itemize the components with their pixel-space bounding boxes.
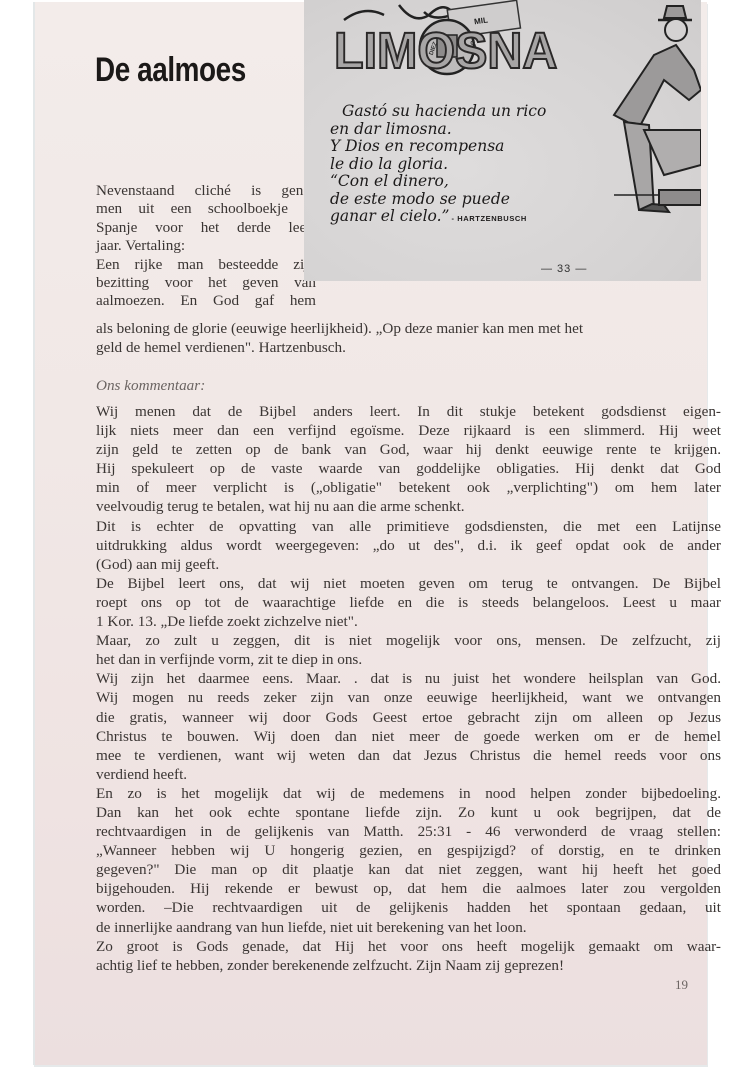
intro-line: aalmoezen. En God gaf hem [96,292,316,310]
body-line: (God) aan mij geeft. [96,555,721,574]
body-line: lijk niets meer dan een verfijnd egoïsme… [96,421,721,440]
intro-text: Nevenstaand cliché is geno- men uit een … [96,182,316,311]
intro-line: Een rijke man besteedde zijn [96,256,316,274]
intro-line: geld de hemel verdienen". Hartzenbusch. [96,339,716,358]
body-line: die gratis, wanneer wij door Gods Geest … [96,708,721,727]
body-line: Maar, zo zult u zeggen, dit is niet moge… [96,631,721,650]
verse-line: ganar el cielo.”- HARTZENBUSCH [330,208,546,228]
body-line: het dan in verfijnde vorm, zit te diep i… [96,650,721,669]
body-line: worden. –Die rechtvaardigen uit de gelij… [96,898,721,917]
page-number: 19 [675,977,688,993]
intro-line: Nevenstaand cliché is geno- [96,182,316,200]
body-line: Dit is echter de opvatting van alle prim… [96,517,721,536]
verse-line: “Con el dinero, [330,173,546,191]
intro-continuation: als beloning de glorie (eeuwige heerlijk… [96,320,716,357]
spanish-verse: Gastó su hacienda un rico en dar limosna… [330,103,546,228]
body-line: Wij zijn het daarmee eens. Maar. . dat i… [96,669,721,688]
comment-body: Wij menen dat de Bijbel anders leert. In… [96,402,721,975]
body-line: rechtvaardigen in de gelijkenis van Matt… [96,822,721,841]
intro-line: Spanje voor het derde leer- [96,219,316,237]
verse-line: Y Dios en recompensa [330,138,546,156]
verse-line: en dar limosna. [330,121,546,139]
body-line: Wij menen dat de Bijbel anders leert. In… [96,402,721,421]
intro-line: bezitting voor het geven van [96,274,316,292]
body-line: min of meer verplicht is („obligatie" be… [96,478,721,497]
body-line: 1 Kor. 13. „De liefde zoekt zichzelve ni… [96,612,721,631]
comment-heading: Ons kommentaar: [96,377,205,395]
body-line: gegeven?" Die man op dit plaatje kan dat… [96,860,721,879]
body-line: achtig lief te hebben, zonder berekenend… [96,956,721,975]
body-line: bijgehouden. Hij rekende er bewust op, d… [96,879,721,898]
verse-line: de este modo se puede [330,191,546,209]
body-line: zijn geld te zetten op de bank van God, … [96,440,721,459]
body-line: uitdrukking aldus wordt weergegeven: „do… [96,536,721,555]
verse-line: le dio la gloria. [330,156,546,174]
verse-line: Gastó su hacienda un rico [330,103,546,121]
body-line: de innerlijke aandrang van hun liefde, n… [96,918,721,937]
verse-line-text: ganar el cielo.” [330,207,449,225]
body-line: Hij spekuleert op de vaste waarde van go… [96,459,721,478]
body-line: mee te verdienen, want wij weten dan dat… [96,746,721,765]
body-line: „Wanneer hebben wij U hongerig gezien, e… [96,841,721,860]
book-page-number: — 33 — [541,263,587,275]
limosna-illustration: MIL DIEZ CTS LIMOSNA Gastó su hacienda u… [304,0,701,281]
verse-author: - HARTZENBUSCH [451,214,526,223]
body-line: Christus te bouwen. Wij doen dan niet me… [96,727,721,746]
body-line: roept ons op tot de waarachtige liefde e… [96,593,721,612]
intro-line: als beloning de glorie (eeuwige heerlijk… [96,320,716,339]
intro-line: jaar. Vertaling: [96,237,316,255]
limosna-heading: LIMOSNA [334,21,557,80]
article-title: De aalmoes [95,51,246,90]
intro-line: men uit een schoolboekje in [96,200,316,218]
body-line: En zo is het mogelijk dat wij de medemen… [96,784,721,803]
body-line: Dan kan het ook echte spontane liefde zi… [96,803,721,822]
body-line: Zo groot is Gods genade, dat Hij het voo… [96,937,721,956]
body-line: veelvoudig terug te betalen, wat hij nu … [96,497,721,516]
body-line: De Bijbel leert ons, dat wij niet moeten… [96,574,721,593]
body-line: verdiend heeft. [96,765,721,784]
body-line: Wij mogen nu reeds zeker zijn van onze e… [96,688,721,707]
